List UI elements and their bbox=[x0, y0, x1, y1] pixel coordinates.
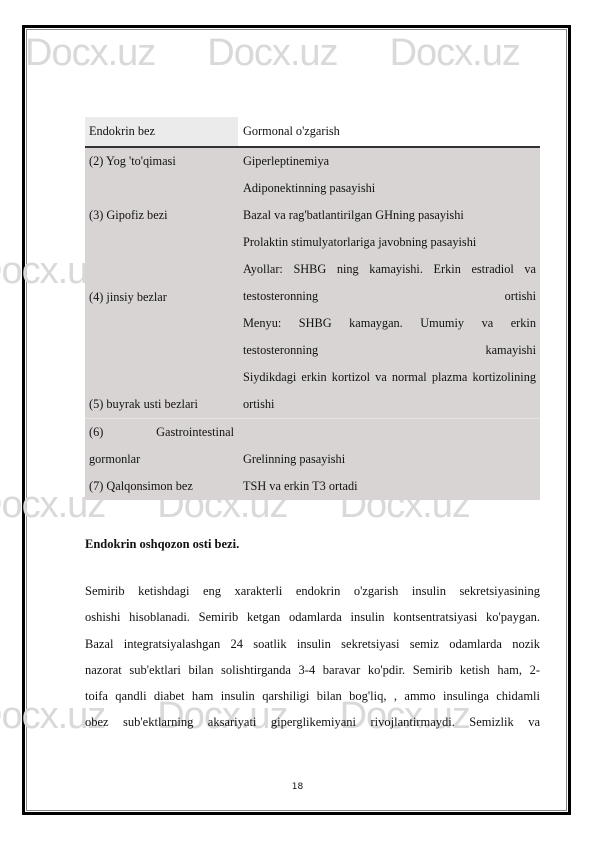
paragraph-line: Semirib ketishdagi eng xarakterli endokr… bbox=[85, 578, 540, 604]
change-cell: Grelinning pasayishi bbox=[243, 446, 536, 473]
gland-cell: (7) Qalqonsimon bez bbox=[89, 473, 238, 500]
change-cell: Giperleptinemiya bbox=[243, 148, 536, 175]
paragraph-line: Bazal integratsiyalashgan 24 soatlik ins… bbox=[85, 631, 540, 657]
gland-cell: (6) Gastrointestinal gormonlar bbox=[89, 419, 234, 473]
paragraph-line: obez sub'ektlarning aksariyati giperglik… bbox=[85, 709, 540, 735]
change-cell: Adiponektinning pasayishi bbox=[243, 175, 536, 202]
change-cell: Menyu: SHBG kamaygan. Umumiy va erkin te… bbox=[243, 310, 536, 364]
table-row: (2) Yog 'to'qimasi Giperleptinemiya Adip… bbox=[85, 148, 540, 202]
gland-cell: (5) buyrak usti bezlari bbox=[89, 391, 238, 418]
change-cell: Bazal va rag'batlantirilgan GHning pasay… bbox=[243, 202, 536, 229]
change-cell: TSH va erkin T3 ortadi bbox=[243, 473, 536, 500]
change-cell: Prolaktin stimulyatorlariga javobning pa… bbox=[243, 229, 536, 256]
paragraph-line: toifa qandli diabet ham insulin qarshili… bbox=[85, 683, 540, 709]
gland-cell: (4) jinsiy bezlar bbox=[89, 284, 238, 311]
paragraph-line: oshishi hisoblanadi. Semirib ketgan odam… bbox=[85, 604, 540, 630]
change-cell: Siydikdagi erkin kortizol va normal plaz… bbox=[243, 364, 536, 418]
table-row: (7) Qalqonsimon bez TSH va erkin T3 orta… bbox=[85, 473, 540, 500]
gland-cell: (2) Yog 'to'qimasi bbox=[89, 148, 238, 175]
table-row: (6) Gastrointestinal gormonlar Grelinnin… bbox=[85, 419, 540, 473]
table-row: (5) buyrak usti bezlari Siydikdagi erkin… bbox=[85, 364, 540, 418]
change-cell: Ayollar: SHBG ning kamayishi. Erkin estr… bbox=[243, 256, 536, 310]
header-gland: Endokrin bez bbox=[85, 117, 238, 146]
body-paragraph: Semirib ketishdagi eng xarakterli endokr… bbox=[85, 578, 540, 736]
table-row: (3) Gipofiz bezi Bazal va rag'batlantiri… bbox=[85, 202, 540, 256]
gland-cell: (3) Gipofiz bezi bbox=[89, 202, 238, 229]
section-heading: Endokrin oshqozon osti bezi. bbox=[85, 537, 239, 552]
page-number: 18 bbox=[0, 782, 595, 792]
paragraph-line: nazorat sub'ektlari bilan solishtirganda… bbox=[85, 657, 540, 683]
table-body: (2) Yog 'to'qimasi Giperleptinemiya Adip… bbox=[85, 148, 540, 500]
header-hormonal-change: Gormonal o'zgarish bbox=[238, 117, 540, 146]
endocrine-changes-table: Endokrin bez Gormonal o'zgarish (2) Yog … bbox=[85, 117, 540, 500]
table-row: (4) jinsiy bezlar Ayollar: SHBG ning kam… bbox=[85, 256, 540, 364]
table-header: Endokrin bez Gormonal o'zgarish bbox=[85, 117, 540, 148]
